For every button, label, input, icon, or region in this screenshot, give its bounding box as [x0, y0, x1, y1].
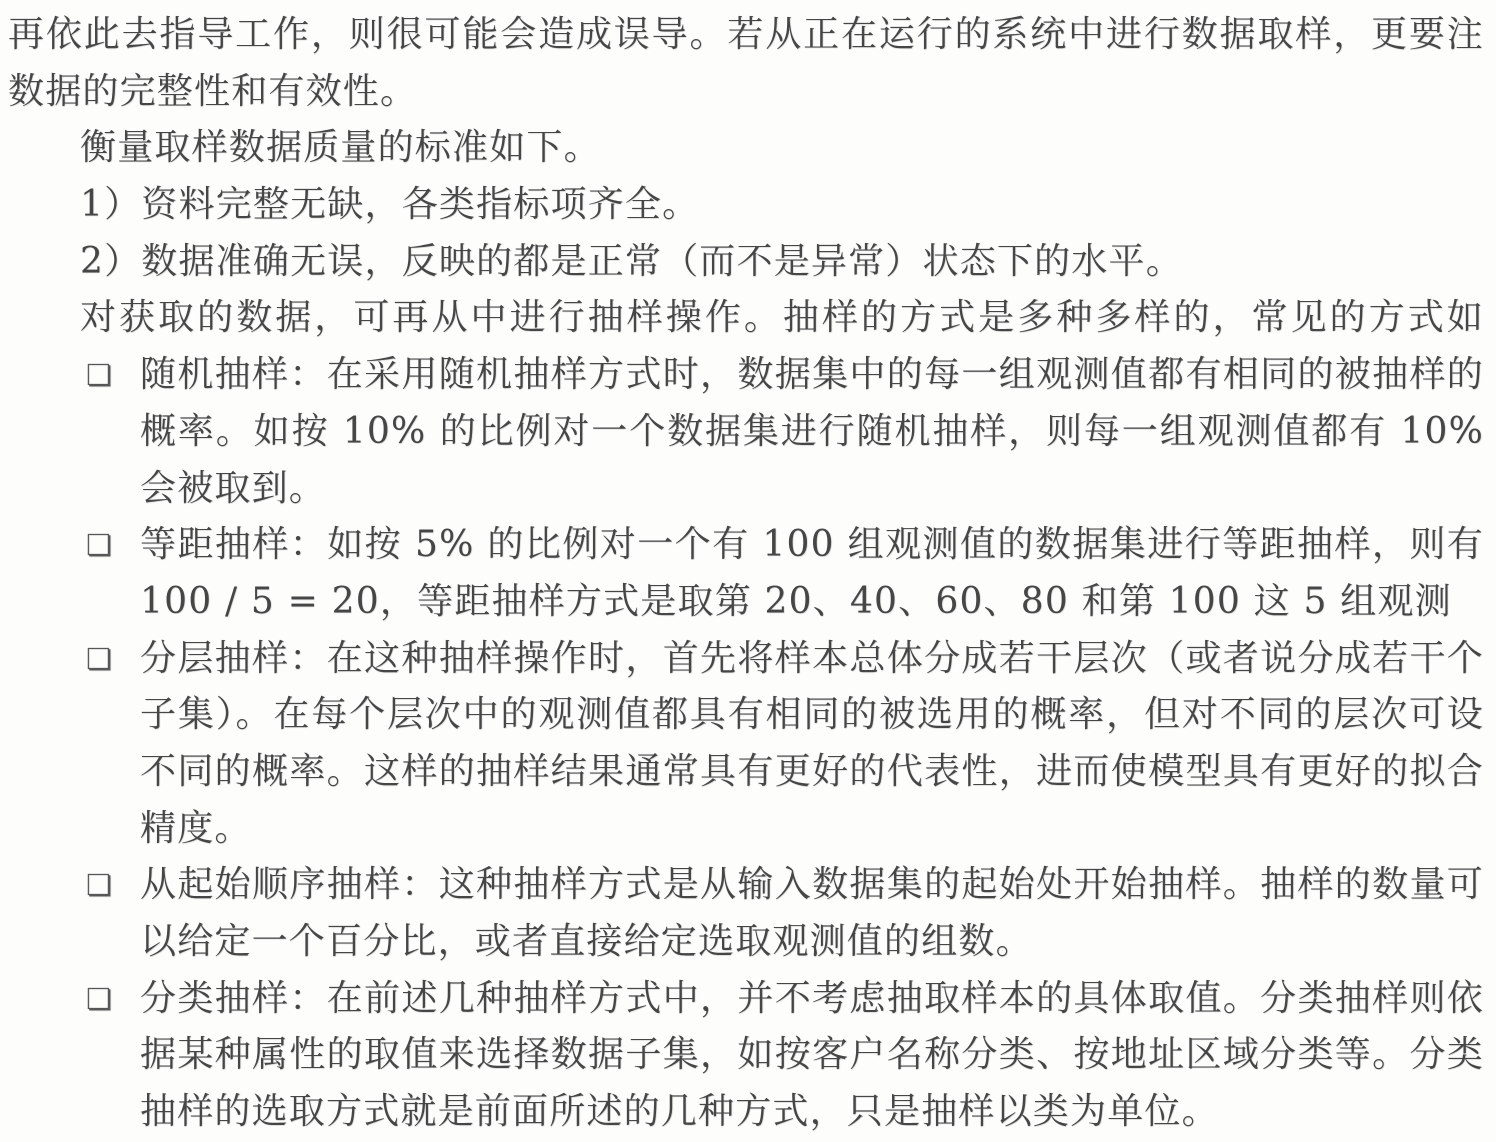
bullet-continuation-line: 概率。如按 10% 的比例对一个数据集进行随机抽样，则每一组观测值都有 10% …	[0, 404, 1496, 461]
paragraph-line: 对获取的数据，可再从中进行抽样操作。抽样的方式是多种多样的，常见的方式如下。	[0, 290, 1496, 347]
bullet-item-line: ❏ 等距抽样：如按 5% 的比例对一个有 100 组观测值的数据集进行等距抽样，…	[0, 517, 1496, 574]
bullet-item-text: 随机抽样：在采用随机抽样方式时，数据集中的每一组观测值都有相同的被抽样的	[140, 347, 1484, 404]
bullet-item-text: 分类抽样：在前述几种抽样方式中，并不考虑抽取样本的具体取值。分类抽样则依	[140, 971, 1484, 1028]
bullet-continuation-line: 会被取到。	[0, 461, 1496, 518]
square-bullet-icon: ❏	[86, 517, 140, 574]
square-bullet-icon: ❏	[86, 857, 140, 914]
paragraph-line: 衡量取样数据质量的标准如下。	[0, 120, 1496, 177]
scanned-book-page: 再依此去指导工作，则很可能会造成误导。若从正在运行的系统中进行数据取样，更要注意…	[0, 0, 1496, 1142]
paragraph-line: 数据的完整性和有效性。	[0, 64, 1496, 121]
bullet-item-line: ❏ 分层抽样：在这种抽样操作时，首先将样本总体分成若干层次（或者说分成若干个	[0, 631, 1496, 688]
bullet-item-text: 等距抽样：如按 5% 的比例对一个有 100 组观测值的数据集进行等距抽样，则有	[140, 517, 1484, 574]
paragraph-line: 再依此去指导工作，则很可能会造成误导。若从正在运行的系统中进行数据取样，更要注意	[0, 7, 1496, 64]
square-bullet-icon: ❏	[86, 971, 140, 1028]
bullet-item-line: ❏ 分类抽样：在前述几种抽样方式中，并不考虑抽取样本的具体取值。分类抽样则依	[0, 971, 1496, 1028]
numbered-item-line: 2）数据准确无误，反映的都是正常（而不是异常）状态下的水平。	[0, 234, 1496, 291]
square-bullet-icon: ❏	[86, 347, 140, 404]
bullet-item-line: ❏ 从起始顺序抽样：这种抽样方式是从输入数据集的起始处开始抽样。抽样的数量可	[0, 857, 1496, 914]
square-bullet-icon: ❏	[86, 631, 140, 688]
bullet-continuation-line: 不同的概率。这样的抽样结果通常具有更好的代表性，进而使模型具有更好的拟合	[0, 744, 1496, 801]
bullet-continuation-line: 据某种属性的取值来选择数据子集，如按客户名称分类、按地址区域分类等。分类	[0, 1027, 1496, 1084]
bullet-item-line: ❏ 随机抽样：在采用随机抽样方式时，数据集中的每一组观测值都有相同的被抽样的	[0, 347, 1496, 404]
bullet-continuation-line: 以给定一个百分比，或者直接给定选取观测值的组数。	[0, 914, 1496, 971]
bullet-continuation-line: 抽样的选取方式就是前面所述的几种方式，只是抽样以类为单位。	[0, 1084, 1496, 1141]
bullet-continuation-line: 精度。	[0, 801, 1496, 858]
bullet-continuation-line: 子集）。在每个层次中的观测值都具有相同的被选用的概率，但对不同的层次可设定	[0, 687, 1496, 744]
bullet-item-text: 从起始顺序抽样：这种抽样方式是从输入数据集的起始处开始抽样。抽样的数量可	[140, 857, 1484, 914]
bullet-continuation-line: 100 / 5 = 20，等距抽样方式是取第 20、40、60、80 和第 10…	[0, 574, 1496, 631]
bullet-item-text: 分层抽样：在这种抽样操作时，首先将样本总体分成若干层次（或者说分成若干个	[140, 631, 1484, 688]
numbered-item-line: 1）资料完整无缺，各类指标项齐全。	[0, 177, 1496, 234]
